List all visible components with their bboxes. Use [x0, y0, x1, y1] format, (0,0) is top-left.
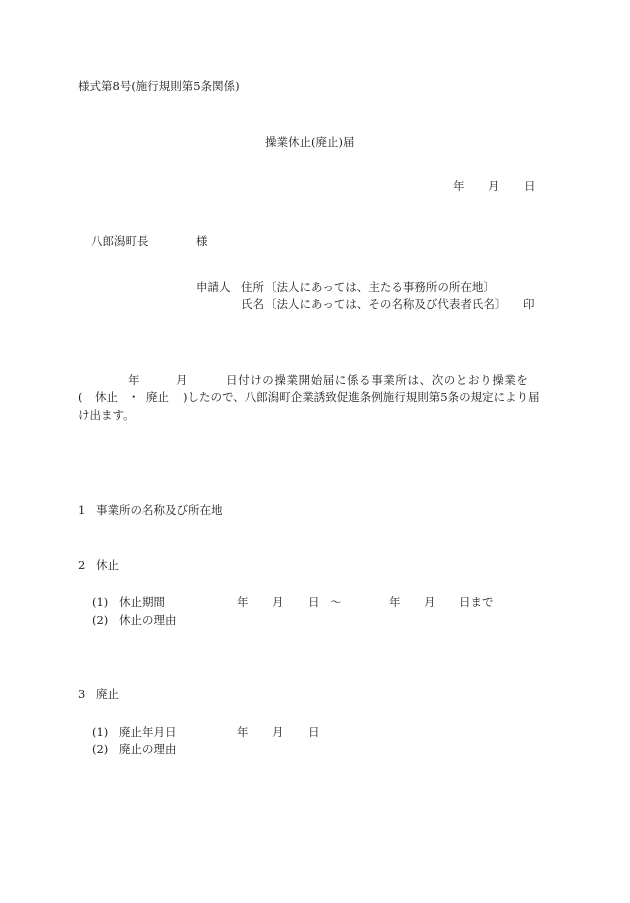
suspend-to-month: 月: [424, 597, 436, 609]
applicant-address-label: 住所: [241, 282, 264, 294]
date-day-label: 日: [524, 181, 536, 193]
section-3-heading: 廃止: [96, 689, 119, 701]
suspend-period-number: (1): [92, 597, 108, 609]
abolish-reason-number: (2): [92, 744, 108, 756]
option-abolish: 廃止: [146, 392, 169, 404]
abolish-day: 日: [308, 727, 320, 739]
section-2-number: 2: [78, 560, 85, 572]
suspend-to-year: 年: [389, 597, 401, 609]
section-1-number: 1: [78, 505, 85, 517]
section-2-heading: 休止: [96, 560, 119, 572]
body-open-paren: (: [78, 392, 83, 404]
applicant-name-label: 氏名: [241, 299, 264, 311]
abolish-year: 年: [237, 727, 249, 739]
suspend-reason-label: 休止の理由: [119, 615, 177, 627]
suspend-from-day: 日: [308, 597, 320, 609]
suspend-tilde: 〜: [330, 597, 342, 609]
date-year-label: 年: [453, 181, 465, 193]
body-month-label: 月: [176, 375, 188, 387]
form-header: 様式第8号(施行規則第5条関係): [78, 81, 240, 93]
option-suspend: 休止: [95, 392, 118, 404]
abolish-reason-label: 廃止の理由: [119, 744, 177, 756]
suspend-to-day: 日まで: [459, 597, 494, 609]
option-separator: ・: [128, 392, 140, 404]
addressee-name: 八郎潟町長: [91, 236, 149, 248]
seal-mark: 印: [523, 299, 535, 311]
abolish-date-label: 廃止年月日: [119, 727, 177, 739]
applicant-name-note: 〔法人にあっては、その名称及び代表者氏名〕: [265, 299, 506, 311]
section-3-number: 3: [78, 689, 85, 701]
body-year-label: 年: [128, 375, 140, 387]
body-line-1: 日付けの操業開始届に係る事業所は、次のとおり操業を: [226, 375, 529, 387]
suspend-from-month: 月: [272, 597, 284, 609]
suspend-reason-number: (2): [92, 615, 108, 627]
date-month-label: 月: [488, 181, 500, 193]
section-1-heading: 事業所の名称及び所在地: [96, 505, 223, 517]
document-title: 操業休止(廃止)届: [265, 137, 354, 149]
abolish-month: 月: [272, 727, 284, 739]
applicant-label: 申請人: [196, 282, 231, 294]
addressee-honorific: 様: [196, 236, 208, 248]
body-line-2: )したので、八郎潟町企業誘致促進条例施行規則第5条の規定により届: [183, 392, 540, 404]
applicant-address-note: 〔法人にあっては、主たる事務所の所在地〕: [265, 282, 495, 294]
suspend-from-year: 年: [237, 597, 249, 609]
body-line-3: け出ます。: [78, 410, 135, 422]
abolish-date-number: (1): [92, 727, 108, 739]
suspend-period-label: 休止期間: [119, 597, 165, 609]
